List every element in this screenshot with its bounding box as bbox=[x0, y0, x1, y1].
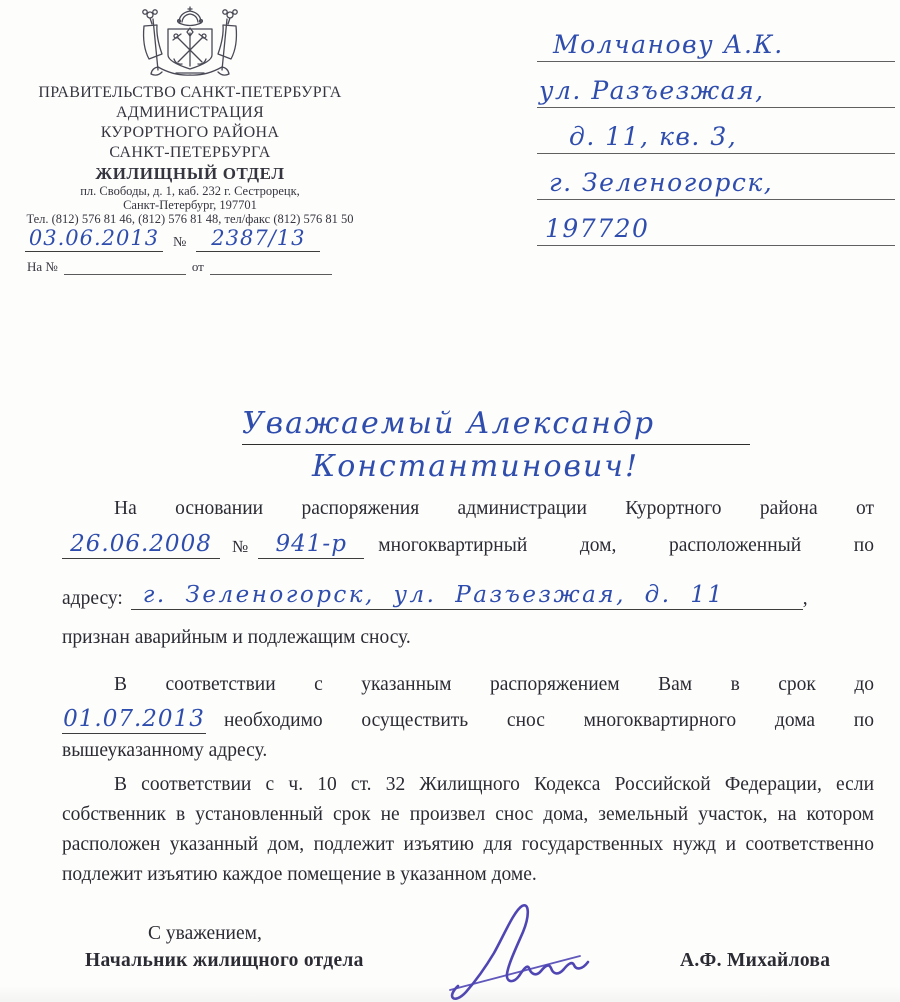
salutation: Уважаемый Александр Константинович! bbox=[242, 406, 750, 484]
org-line-government: ПРАВИТЕЛЬСТВО САНКТ-ПЕТЕРБУРГА bbox=[0, 83, 380, 103]
paragraph2-line2-text: необходимо осуществить снос многоквартир… bbox=[224, 708, 874, 734]
paragraph1-line2-text: многоквартирный дом, расположенный по bbox=[378, 533, 874, 559]
org-line-district: КУРОРТНОГО РАЙОНА bbox=[0, 123, 380, 143]
address-trailing-comma: , bbox=[803, 588, 808, 610]
handwritten-signature-icon bbox=[428, 893, 613, 1002]
saint-petersburg-coat-of-arms-icon bbox=[120, 4, 260, 78]
order-date-handwritten: 26.06.2008 bbox=[70, 531, 212, 557]
address-blank: г. Зеленогорск, ул. Разъезжая, д. 11 bbox=[131, 582, 803, 610]
paragraph1-line2: 26.06.2008 № 941-р многоквартирный дом, … bbox=[62, 527, 874, 559]
ref-label-na: На № bbox=[27, 259, 58, 275]
org-line-administration: АДМИНИСТРАЦИЯ bbox=[0, 103, 380, 123]
outgoing-number-handwritten: 2387/13 bbox=[211, 226, 305, 250]
recipient-line: 197720 bbox=[537, 200, 895, 246]
outgoing-date-blank: 03.06.2013 bbox=[25, 226, 163, 252]
department-name: ЖИЛИЩНЫЙ ОТДЕЛ bbox=[0, 163, 380, 184]
recipient-name-handwritten: Молчанову А.К. bbox=[553, 30, 784, 59]
closing-phrase: С уважением, bbox=[148, 923, 262, 945]
deadline-blank: 01.07.2013 bbox=[62, 706, 206, 734]
org-line-city: САНКТ-ПЕТЕРБУРГА bbox=[0, 143, 380, 163]
salutation-line2-handwritten: Константинович! bbox=[312, 449, 639, 484]
ref-number-blank bbox=[64, 259, 186, 275]
salutation-line1-handwritten: Уважаемый Александр bbox=[242, 406, 655, 441]
paragraph2-line1: В соответствии с указанным распоряжением… bbox=[62, 672, 874, 698]
salutation-line2: Константинович! bbox=[312, 449, 750, 484]
number-sign: № bbox=[171, 235, 188, 252]
number-sign: № bbox=[232, 537, 248, 559]
recipient-line: ул. Разъезжая, bbox=[537, 62, 895, 108]
outgoing-number-blank: 2387/13 bbox=[196, 226, 320, 252]
letterhead: ПРАВИТЕЛЬСТВО САНКТ-ПЕТЕРБУРГА АДМИНИСТР… bbox=[0, 4, 380, 226]
recipient-street-handwritten: ул. Разъезжая, bbox=[539, 76, 765, 105]
letterhead-address-line2: Санкт-Петербург, 197701 bbox=[0, 198, 380, 212]
address-label: адресу: bbox=[62, 588, 123, 610]
outgoing-date-handwritten: 03.06.2013 bbox=[29, 226, 159, 250]
recipient-line: Молчанову А.К. bbox=[537, 16, 895, 62]
salutation-line1: Уважаемый Александр bbox=[242, 406, 750, 445]
paragraph1-line1: На основании распоряжения администрации … bbox=[62, 496, 874, 522]
reference-line: На № от bbox=[27, 257, 332, 275]
paragraph1-address-line: адресу: г. Зеленогорск, ул. Разъезжая, д… bbox=[62, 576, 874, 610]
paragraph2-line2: 01.07.2013 необходимо осуществить снос м… bbox=[62, 703, 874, 734]
ref-date-blank bbox=[210, 259, 332, 275]
address-handwritten: г. Зеленогорск, ул. Разъезжая, д. 11 bbox=[143, 582, 725, 608]
paragraph3: В соответствии с ч. 10 ст. 32 Жилищного … bbox=[62, 770, 874, 890]
order-date-blank: 26.06.2008 bbox=[62, 531, 220, 559]
deadline-handwritten: 01.07.2013 bbox=[63, 706, 205, 732]
recipient-house-handwritten: д. 11, кв. 3, bbox=[569, 122, 737, 151]
outgoing-date-number-line: 03.06.2013 № 2387/13 bbox=[25, 218, 320, 252]
order-number-blank: 941-р bbox=[258, 531, 364, 559]
recipient-line: д. 11, кв. 3, bbox=[537, 108, 895, 154]
recipient-city-handwritten: г. Зеленогорск, bbox=[549, 168, 773, 197]
recipient-line: г. Зеленогорск, bbox=[537, 154, 895, 200]
paragraph1-line4: признан аварийным и подлежащим сносу. bbox=[62, 625, 874, 651]
recipient-address-block: Молчанову А.К. ул. Разъезжая, д. 11, кв.… bbox=[537, 16, 895, 246]
letterhead-address-line1: пл. Свободы, д. 1, каб. 232 г. Сестрорец… bbox=[0, 184, 380, 198]
signer-name: А.Ф. Михайлова bbox=[680, 950, 830, 972]
scanned-letter-page: ПРАВИТЕЛЬСТВО САНКТ-ПЕТЕРБУРГА АДМИНИСТР… bbox=[0, 0, 900, 1002]
ref-label-ot: от bbox=[192, 259, 204, 275]
paragraph2-line3: вышеуказанному адресу. bbox=[62, 738, 874, 764]
order-number-handwritten: 941-р bbox=[276, 531, 347, 557]
letter-body: На основании распоряжения администрации … bbox=[62, 496, 874, 890]
signer-title: Начальник жилищного отдела bbox=[85, 950, 364, 972]
recipient-postcode-handwritten: 197720 bbox=[545, 214, 649, 243]
